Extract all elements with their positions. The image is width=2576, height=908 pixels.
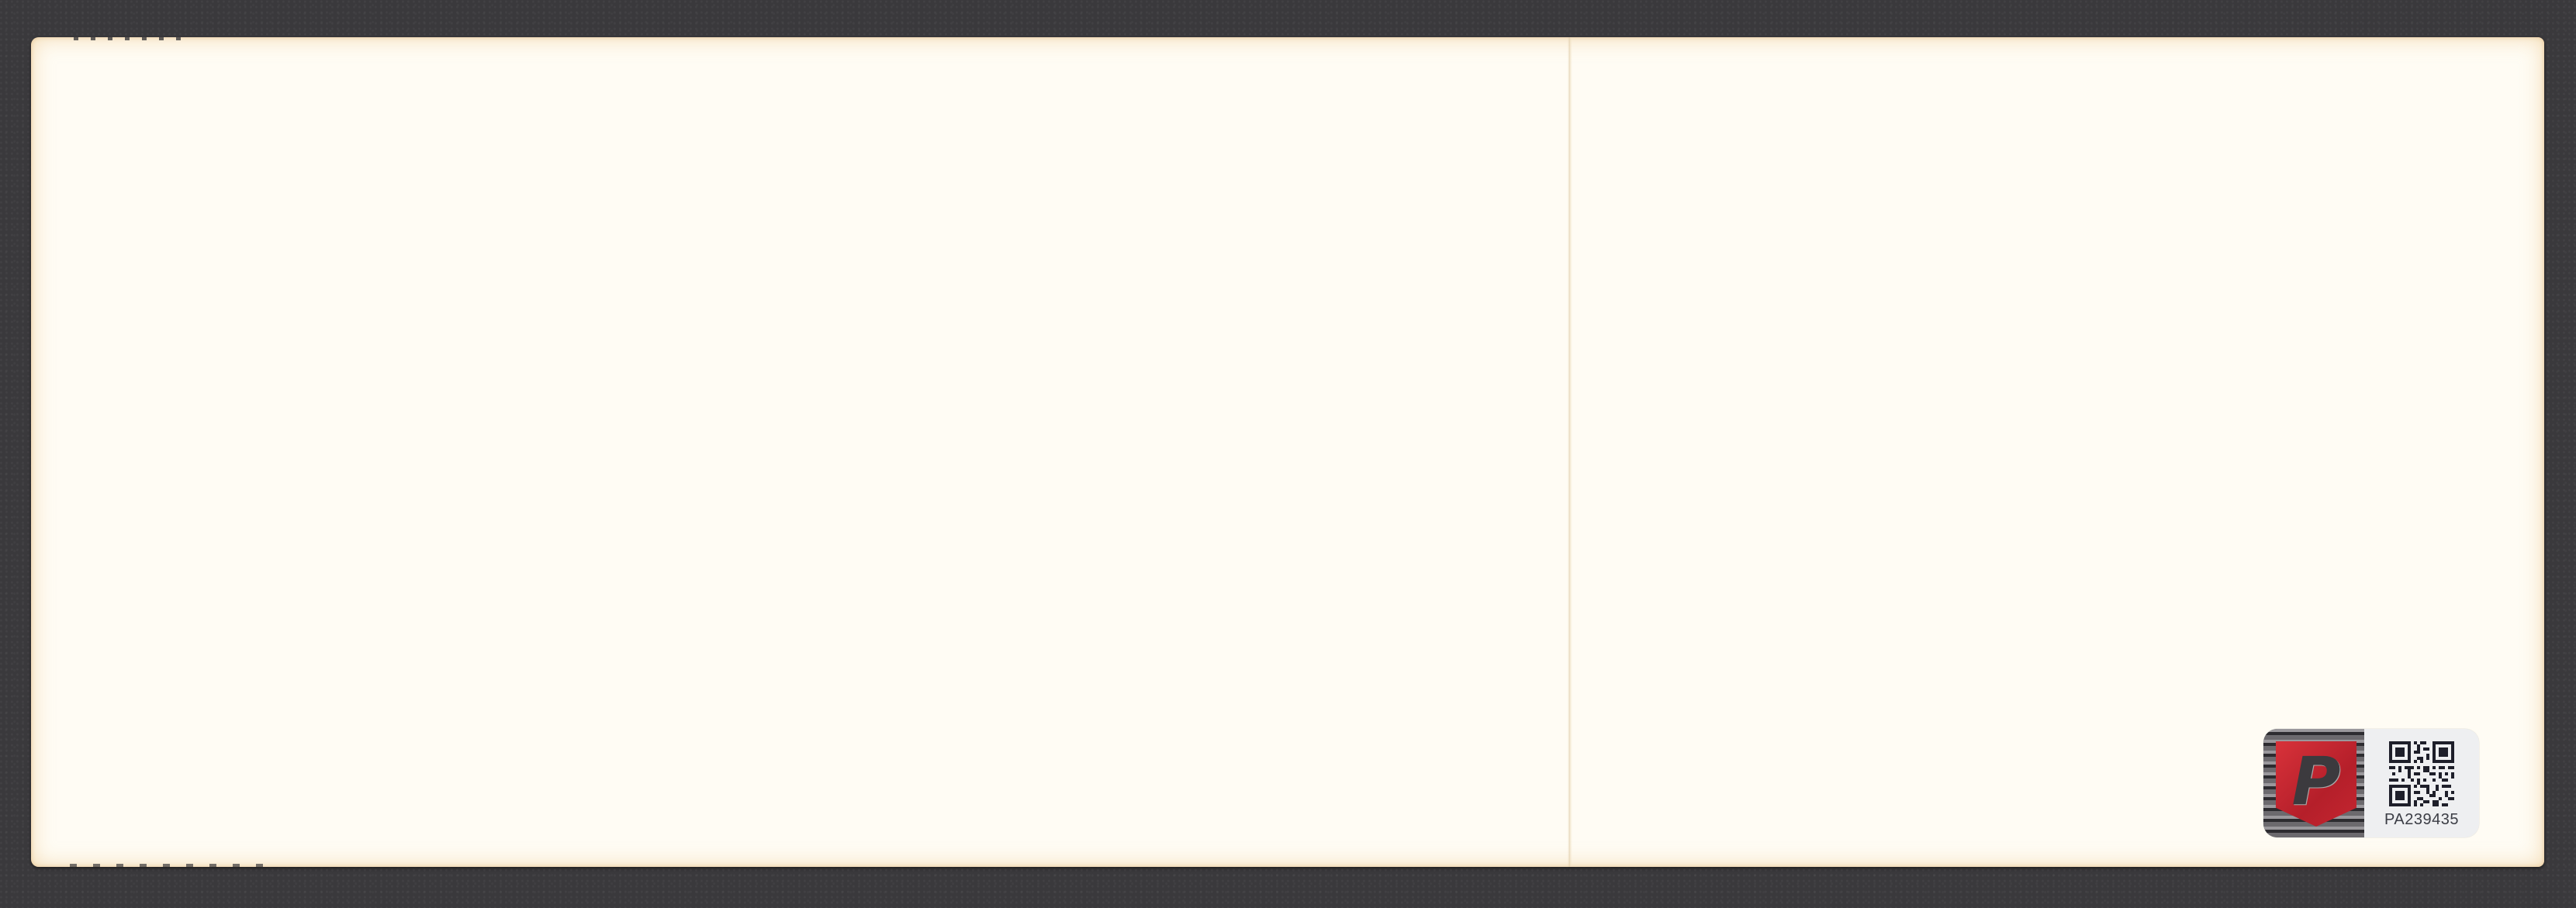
- authentication-sticker: P PA239435: [2263, 729, 2479, 837]
- edge-wear: [74, 37, 182, 40]
- qr-panel: PA239435: [2364, 729, 2479, 837]
- blank-card: [31, 37, 2544, 867]
- hologram-seal: P: [2263, 729, 2364, 837]
- certificate-number: PA239435: [2384, 811, 2459, 829]
- logo-letter: P: [2291, 748, 2340, 815]
- qr-code-icon: [2389, 741, 2454, 806]
- shield-logo-icon: P: [2276, 741, 2356, 827]
- card-left-panel: [31, 37, 1569, 867]
- edge-wear: [70, 864, 271, 867]
